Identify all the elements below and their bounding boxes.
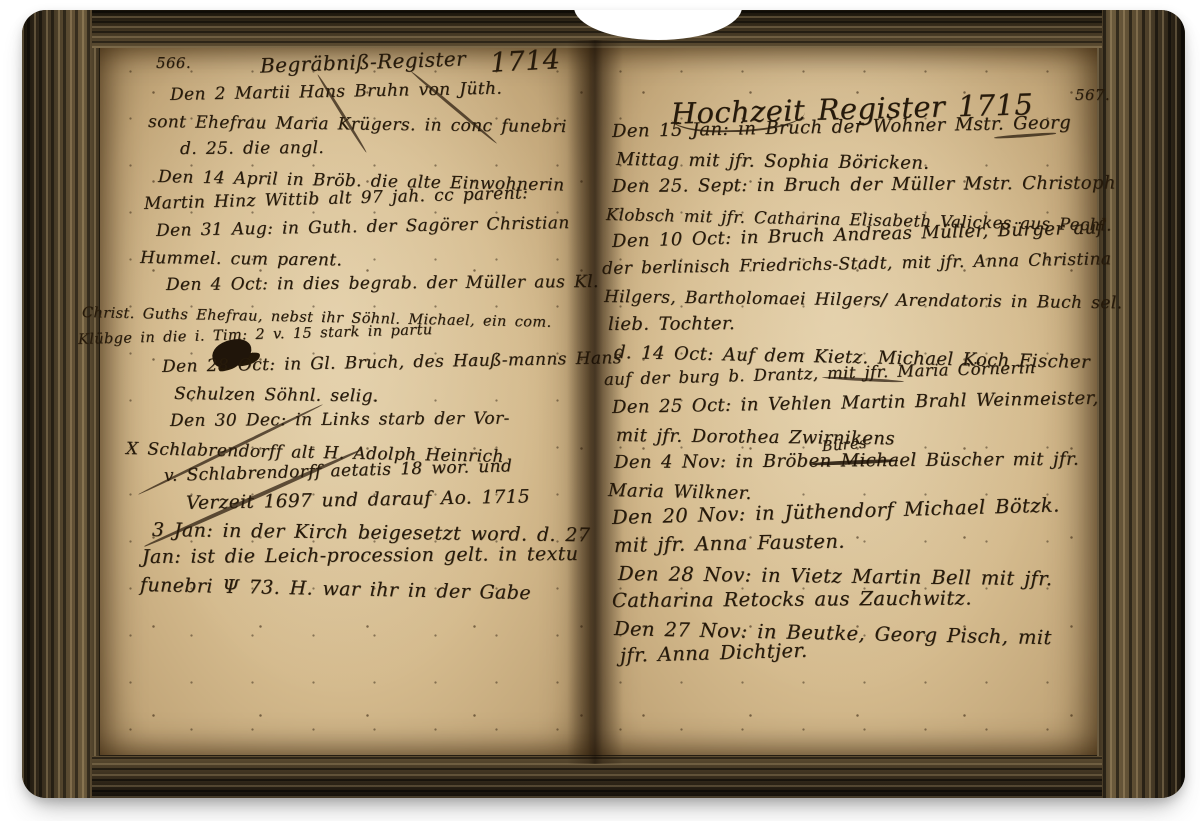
register-line: Catharina Retocks aus Zauchwitz. [612,584,1080,615]
left-page-text: Den 2 Martii Hans Bruhn von Jüth. sont E… [140,82,592,599]
page-edge-left [22,10,100,798]
register-line: Jan: ist die Leich-procession gelt. in t… [142,541,592,571]
register-line: Den 25. Sept: in Bruch der Müller Mstr. … [612,170,1080,201]
inserted-word: Büres [821,431,868,462]
right-page-number: 567. [1075,86,1110,104]
page-edge-bottom [92,756,1102,798]
left-page-number: 566. [156,54,191,72]
register-line: Den 4 Nov: in Bröben Michael Büscher mit… [614,446,1080,477]
page-edge-right [1097,10,1185,798]
left-page-year: 1714 [489,44,561,79]
register-line: Den 28 Oct: in Gl. Bruch, des Hauß-manns… [162,346,592,381]
right-page-text: Den 15 Jan: in Bruch der Wohner Mstr. Ge… [612,118,1080,670]
register-line: Den 4 Oct: in dies begrab. der Müller au… [166,269,592,299]
register-line-text: Den 15 Jan: in Bruch der Wohner Mstr. Ge… [612,112,1072,142]
register-line: lieb. Tochter. [608,308,1080,339]
register-line: d. 25. die angl. [180,134,592,164]
register-line: Den 30 Dec: in Links starb der Vor- [170,405,592,435]
open-register-book: 566. Begräbniß-Register 1714 Den 2 Marti… [22,10,1185,798]
